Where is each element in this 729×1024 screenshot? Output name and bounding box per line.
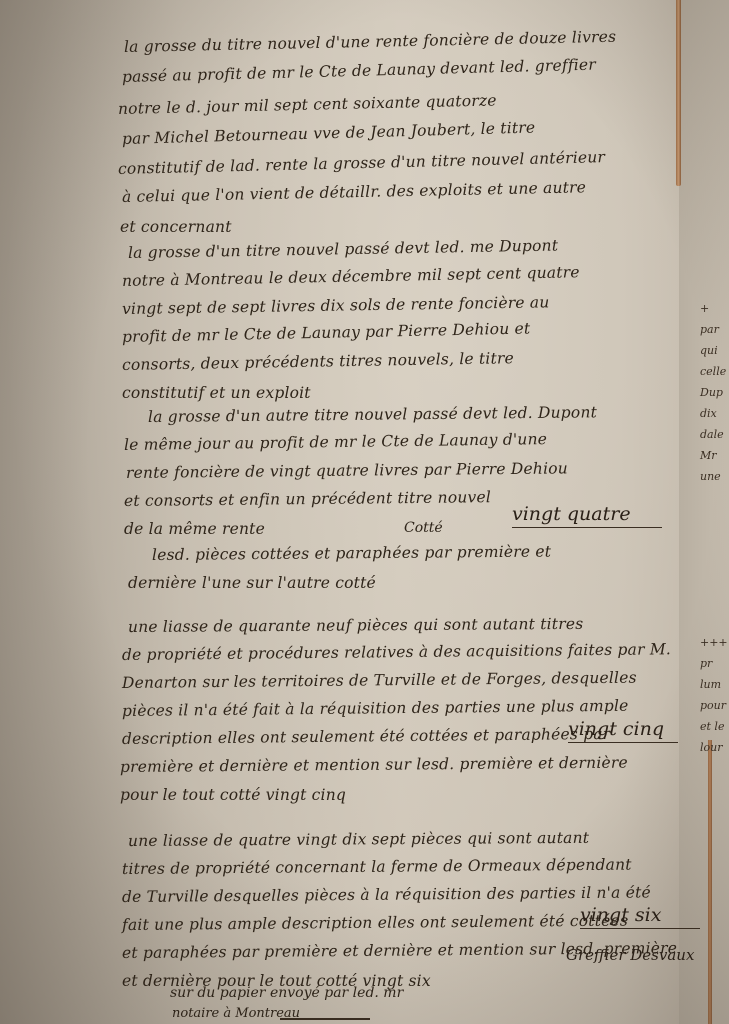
margin-note: pour <box>700 695 728 716</box>
margin-note: lour <box>700 737 728 758</box>
closing-line: sur du papier envoyé par led. mr <box>170 985 403 1001</box>
page-edge-binding-top <box>676 0 681 186</box>
greffier-signature: Greffier Desvaux <box>566 946 694 964</box>
margin-note: celle <box>700 361 726 382</box>
facing-page-edge <box>679 0 729 1024</box>
cote-amount-25: vingt cinq <box>568 718 678 743</box>
manuscript-line: une liasse de quarante neuf pièces qui s… <box>128 615 583 636</box>
margin-note: dale <box>700 424 726 445</box>
margin-note: +++ <box>700 632 728 653</box>
cote-amount-26: vingt six <box>580 904 700 929</box>
margin-note: Mr <box>700 445 726 466</box>
margin-note: Dup <box>700 382 726 403</box>
inline-cote-label: Cotté <box>404 520 443 536</box>
margin-note: dix <box>700 403 726 424</box>
margin-note: lum <box>700 674 728 695</box>
margin-note: + <box>700 298 726 319</box>
page-edge-binding-bottom <box>708 740 712 1024</box>
manuscript-line: et concernant <box>120 218 232 236</box>
right-margin-notes-top: + par qui celle Dup dix dale Mr une <box>700 298 726 487</box>
margin-note: qui <box>700 340 726 361</box>
manuscript-line: une liasse de quatre vingt dix sept pièc… <box>128 829 589 850</box>
margin-note: pr <box>700 653 728 674</box>
margin-note: par <box>700 319 726 340</box>
margin-note: une <box>700 466 726 487</box>
manuscript-line: et consorts et enfin un précédent titre … <box>124 488 491 510</box>
closing-flourish <box>280 1018 370 1020</box>
margin-note: et le <box>700 716 728 737</box>
manuscript-line: constitutif et un exploit <box>122 384 311 402</box>
manuscript-line: dernière l'une sur l'autre cotté <box>128 574 376 592</box>
manuscript-line: de la même rente <box>124 520 265 538</box>
manuscript-line: lesd. pièces cottées et paraphées par pr… <box>152 543 551 564</box>
right-margin-notes-bottom: +++ pr lum pour et le lour <box>700 632 728 758</box>
manuscript-line: pour le tout cotté vingt cinq <box>120 786 346 804</box>
cote-amount-24: vingt quatre <box>512 503 662 528</box>
